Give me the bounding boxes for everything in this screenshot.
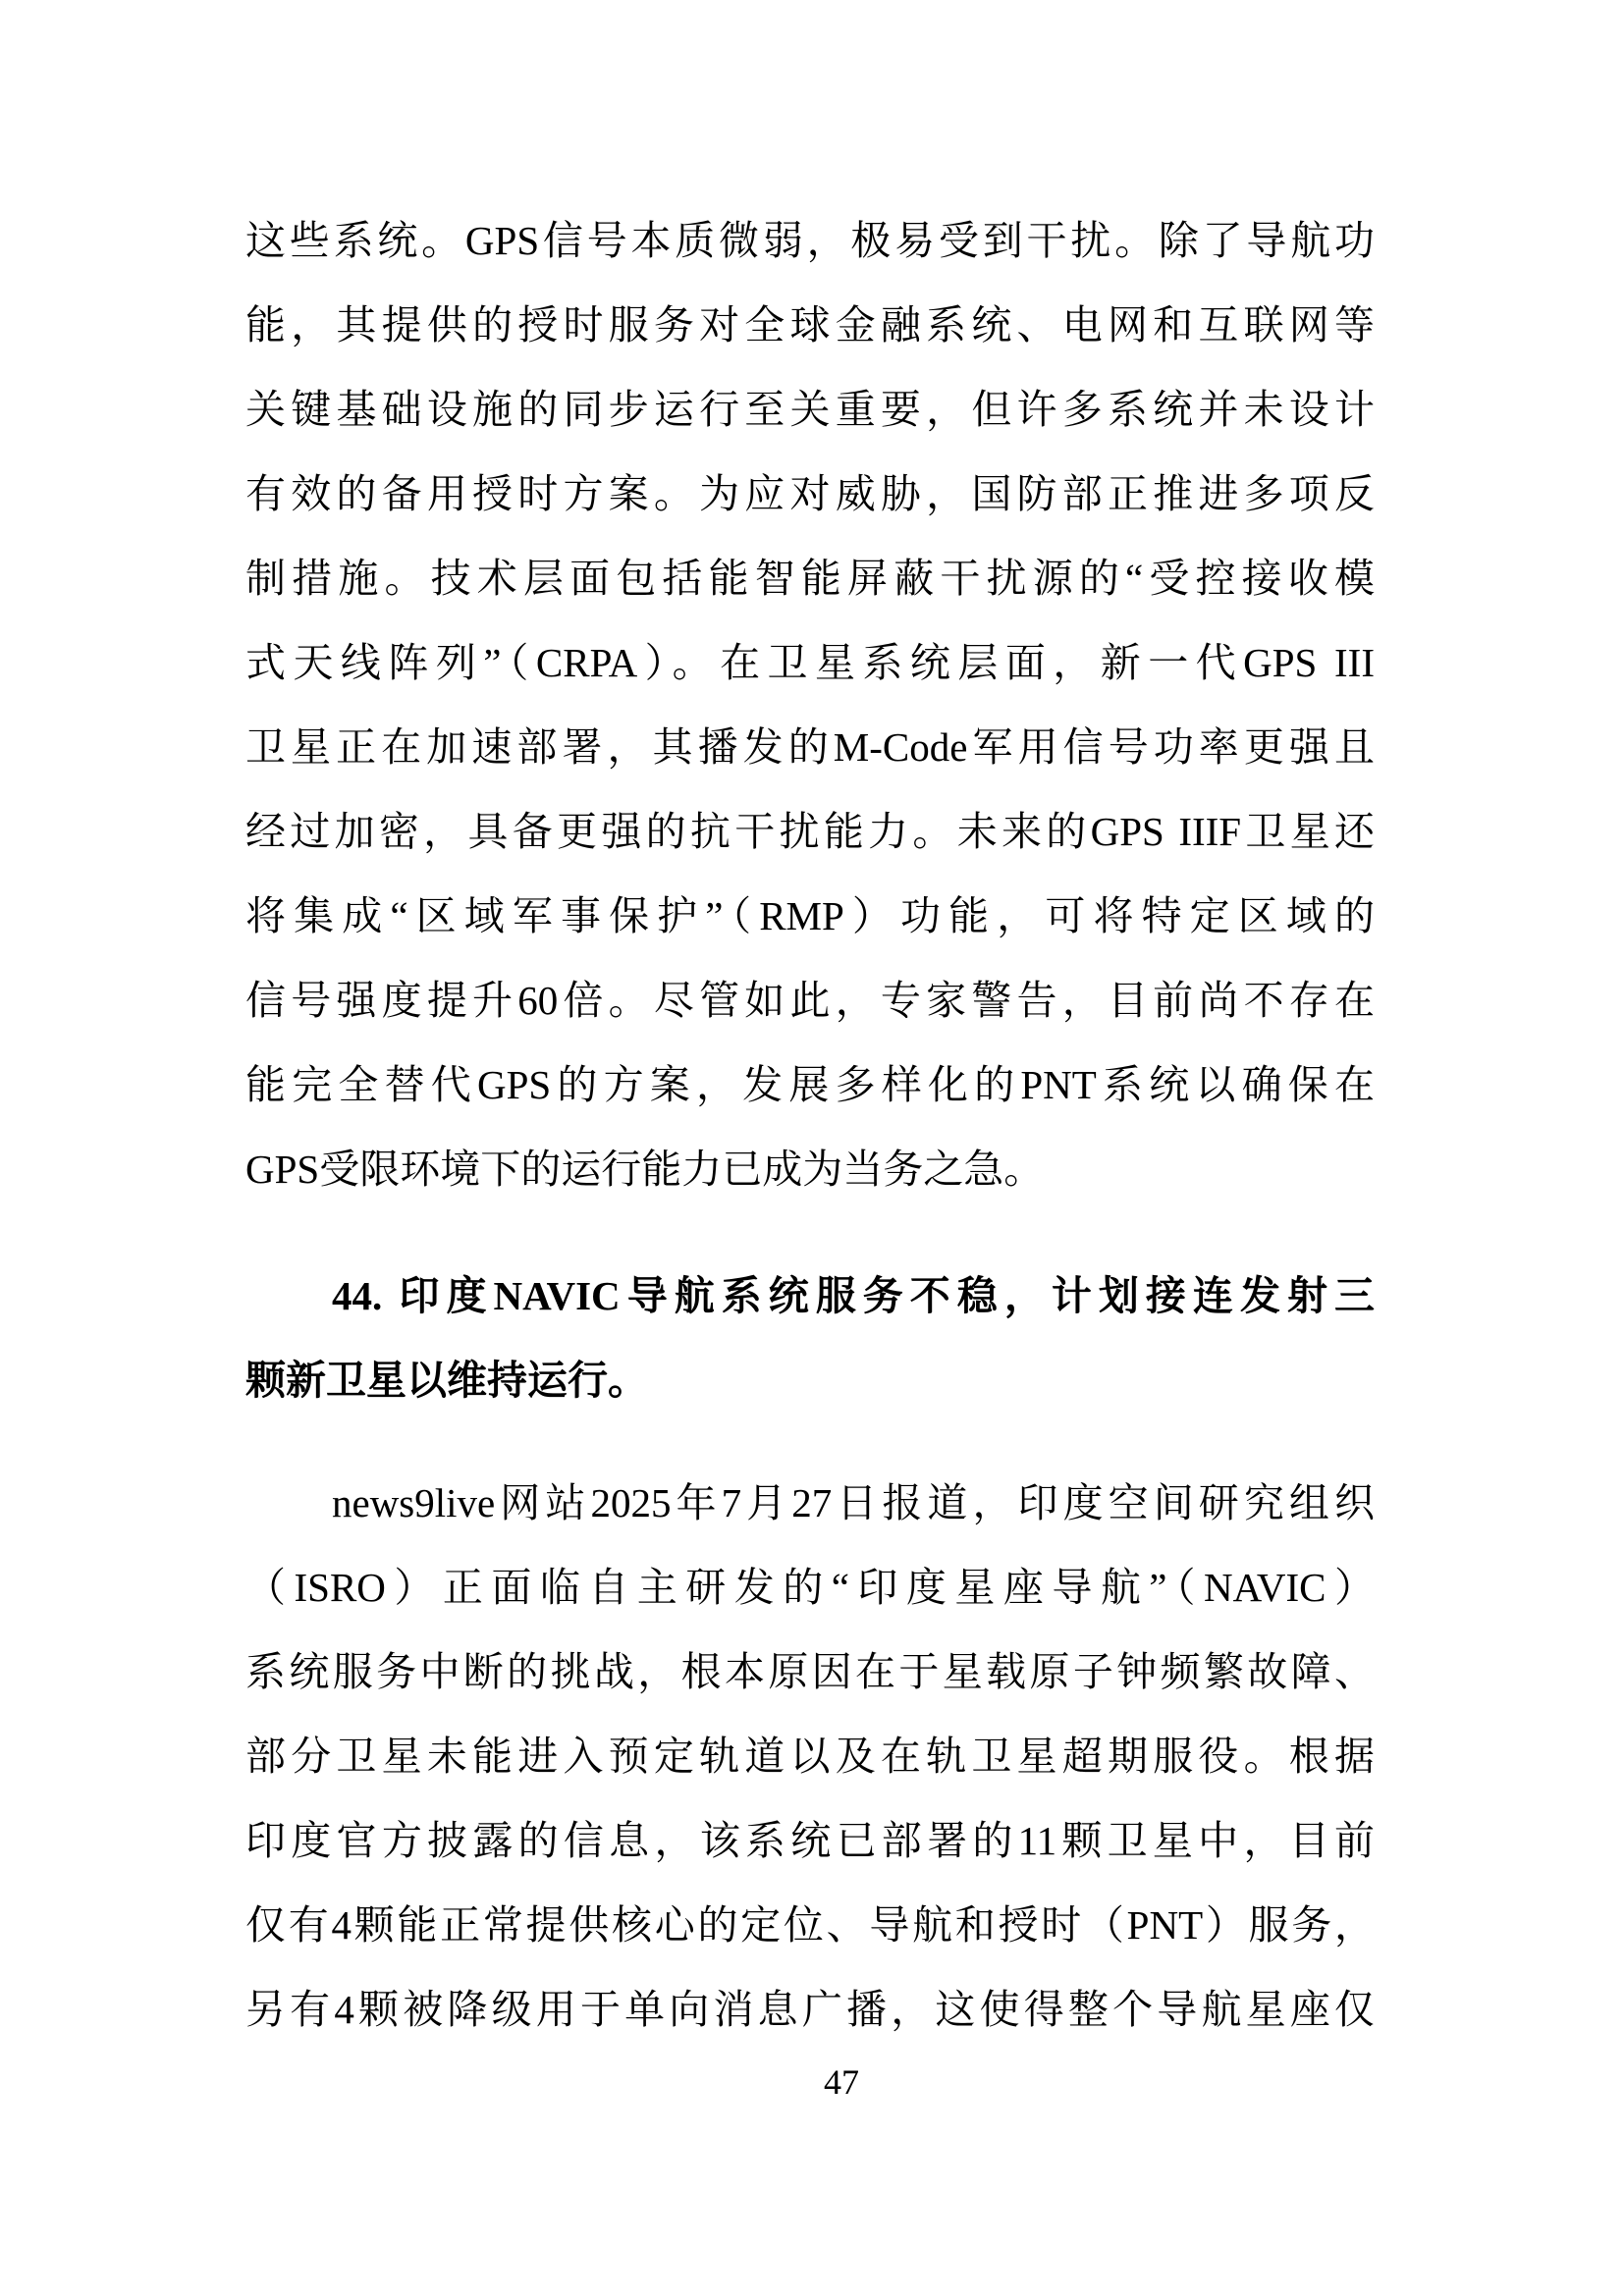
page-body-text: 这些系统。GPS信号本质微弱，极易受到干扰。除了导航功能，其提供的授时服务对全球… — [245, 198, 1375, 2052]
text-line: 印度官方披露的信息，该系统已部署的11颗卫星中，目前 — [245, 1798, 1375, 1883]
text-line: 另有4颗被降级用于单向消息广播，这使得整个导航星座仅 — [245, 1967, 1375, 2052]
paragraph-navic: news9live网站2025年7月27日报道，印度空间研究组织（ISRO）正面… — [245, 1461, 1375, 2052]
text-line: 颗新卫星以维持运行。 — [245, 1338, 1375, 1422]
text-line: 信号强度提升60倍。尽管如此，专家警告，目前尚不存在 — [245, 958, 1375, 1042]
text-line: 能，其提供的授时服务对全球金融系统、电网和互联网等 — [245, 283, 1375, 367]
section-heading-44: 44. 印度NAVIC导航系统服务不稳，计划接连发射三颗新卫星以维持运行。 — [245, 1254, 1375, 1422]
text-line: 系统服务中断的挑战，根本原因在于星载原子钟频繁故障、 — [245, 1629, 1375, 1714]
text-line: 44. 印度NAVIC导航系统服务不稳，计划接连发射三 — [245, 1254, 1375, 1338]
text-line: news9live网站2025年7月27日报道，印度空间研究组织 — [245, 1461, 1375, 1545]
text-line: 制措施。技术层面包括能智能屏蔽干扰源的“受控接收模 — [245, 536, 1375, 620]
text-line: GPS受限环境下的运行能力已成为当务之急。 — [245, 1127, 1375, 1211]
text-line: 这些系统。GPS信号本质微弱，极易受到干扰。除了导航功 — [245, 198, 1375, 283]
text-line: 有效的备用授时方案。为应对威胁，国防部正推进多项反 — [245, 452, 1375, 536]
text-line: 能完全替代GPS的方案，发展多样化的PNT系统以确保在 — [245, 1042, 1375, 1127]
page-number: 47 — [29, 2064, 1624, 2100]
text-line: 仅有4颗能正常提供核心的定位、导航和授时（PNT）服务， — [245, 1883, 1375, 1967]
paragraph-gps-continuation: 这些系统。GPS信号本质微弱，极易受到干扰。除了导航功能，其提供的授时服务对全球… — [245, 198, 1375, 1211]
text-line: 关键基础设施的同步运行至关重要，但许多系统并未设计 — [245, 367, 1375, 452]
text-line: （ISRO）正面临自主研发的“印度星座导航”（NAVIC） — [245, 1545, 1375, 1629]
text-line: 将集成“区域军事保护”（RMP）功能，可将特定区域的 — [245, 874, 1375, 958]
text-line: 式天线阵列”（CRPA）。在卫星系统层面，新一代GPS III — [245, 620, 1375, 705]
text-line: 卫星正在加速部署，其播发的M-Code军用信号功率更强且 — [245, 705, 1375, 789]
text-line: 部分卫星未能进入预定轨道以及在轨卫星超期服役。根据 — [245, 1714, 1375, 1798]
document-page: 这些系统。GPS信号本质微弱，极易受到干扰。除了导航功能，其提供的授时服务对全球… — [0, 0, 1624, 2296]
text-line: 经过加密，具备更强的抗干扰能力。未来的GPS IIIF卫星还 — [245, 789, 1375, 874]
